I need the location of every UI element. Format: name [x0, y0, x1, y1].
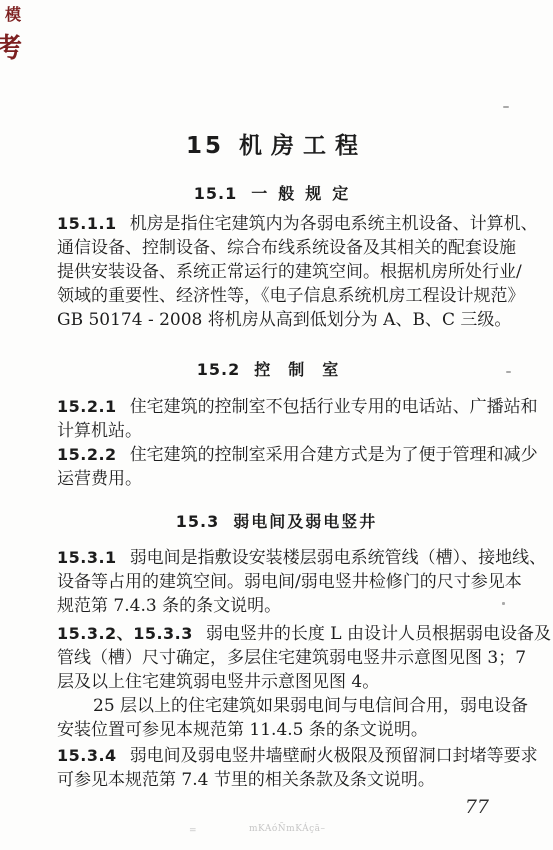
- body-line: 规范第 7.4.3 条的条文说明。: [57, 594, 507, 618]
- paragraph-15-3-4: 15.3.4弱电间及弱电竖井墙壁耐火极限及预留洞口封堵等要求 可参见本规范第 7…: [57, 744, 507, 792]
- body-text: 弱电间及弱电竖井墙壁耐火极限及预留洞口封堵等要求: [130, 746, 538, 766]
- body-line: 领域的重要性、经济性等，《电子信息系统机房工程设计规范》: [57, 284, 507, 308]
- section-heading-15-3: 15.3弱电间及弱电竖井: [0, 509, 553, 532]
- paragraph-15-3-1: 15.3.1弱电间是指敷设安装楼层弱电系统管线（槽）、接地线、 设备等占用的建筑…: [57, 546, 507, 618]
- paragraph-15-2-1: 15.2.1住宅建筑的控制室不包括行业专用的电话站、广播站和 计算机站。: [57, 395, 507, 443]
- paragraph-15-1-1: 15.1.1机房是指住宅建筑内为各弱电系统主机设备、计算机、 通信设备、控制设备…: [57, 212, 507, 332]
- chapter-number: 15: [186, 133, 224, 159]
- section-title-text: 控制室: [254, 360, 356, 379]
- body-line: 可参见本规范第 7.4 节里的相关条款及条文说明。: [57, 768, 507, 792]
- chapter-title-text: 机房工程: [239, 133, 367, 159]
- body-line: 15.3.4弱电间及弱电竖井墙壁耐火极限及预留洞口封堵等要求: [57, 744, 507, 768]
- body-line: 管线（槽）尺寸确定，多层住宅建筑弱电竖井示意图见图 3；7: [57, 646, 507, 670]
- body-line: 安装位置可参见本规范第 11.4.5 条的条文说明。: [57, 718, 507, 742]
- section-number: 15.2: [197, 360, 240, 379]
- clause-label: 15.2.1: [57, 397, 117, 416]
- body-line: 层及以上住宅建筑弱电竖井示意图见图 4。: [57, 670, 507, 694]
- body-line: 25 层以上的住宅建筑如果弱电间与电信间合用，弱电设备: [57, 694, 507, 718]
- clause-label: 15.3.2、15.3.3: [57, 624, 193, 643]
- body-line: 15.3.2、15.3.3弱电竖井的长度 L 由设计人员根据弱电设备及: [57, 622, 507, 646]
- clause-label: 15.3.1: [57, 548, 117, 567]
- body-line: 提供安装设备、系统正常运行的建筑空间。根据机房所处行业/: [57, 260, 507, 284]
- body-text: 弱电竖井的长度 L 由设计人员根据弱电设备及: [206, 624, 551, 644]
- body-line: 运营费用。: [57, 467, 507, 491]
- body-line: 15.3.1弱电间是指敷设安装楼层弱电系统管线（槽）、接地线、: [57, 546, 507, 570]
- stamp-mark-bottom: 考: [0, 26, 22, 65]
- section-number: 15.3: [176, 512, 219, 531]
- body-line: 15.2.1住宅建筑的控制室不包括行业专用的电话站、广播站和: [57, 395, 507, 419]
- section-heading-15-1: 15.1一般规定: [0, 181, 553, 204]
- body-text: 住宅建筑的控制室采用合建方式是为了便于管理和减少: [130, 445, 538, 465]
- section-heading-15-2: 15.2控制室: [0, 357, 553, 380]
- body-line: 15.1.1机房是指住宅建筑内为各弱电系统主机设备、计算机、: [57, 212, 507, 236]
- body-text: 弱电间是指敷设安装楼层弱电系统管线（槽）、接地线、: [130, 548, 547, 568]
- watermark-dash: =: [189, 826, 197, 836]
- body-line: 计算机站。: [57, 419, 507, 443]
- section-number: 15.1: [194, 184, 237, 203]
- watermark-text: mKAóÑmKÁçā–: [249, 824, 326, 834]
- chapter-title: 15机房工程: [0, 127, 553, 160]
- body-line: 设备等占用的建筑空间。弱电间/弱电竖井检修门的尺寸参见本: [57, 570, 507, 594]
- stamp-mark-top: 模: [5, 2, 21, 25]
- section-title-text: 一般规定: [251, 184, 359, 203]
- paragraph-15-3-2-3: 15.3.2、15.3.3弱电竖井的长度 L 由设计人员根据弱电设备及 管线（槽…: [57, 622, 507, 694]
- body-line: 15.2.2住宅建筑的控制室采用合建方式是为了便于管理和减少: [57, 443, 507, 467]
- body-line: GB 50174 - 2008 将机房从高到低划分为 A、B、C 三级。: [57, 308, 507, 332]
- paragraph-25-floors-note: 25 层以上的住宅建筑如果弱电间与电信间合用，弱电设备 安装位置可参见本规范第 …: [57, 694, 507, 742]
- clause-label: 15.1.1: [57, 214, 117, 233]
- clause-label: 15.3.4: [57, 746, 117, 765]
- body-text: 住宅建筑的控制室不包括行业专用的电话站、广播站和: [130, 397, 538, 417]
- section-title-text: 弱电间及弱电竖井: [233, 512, 377, 531]
- body-line: 通信设备、控制设备、综合布线系统设备及其相关的配套设施: [57, 236, 507, 260]
- document-page: 模 考 15机房工程 15.1一般规定 15.1.1机房是指住宅建筑内为各弱电系…: [0, 0, 553, 850]
- page-number: 77: [465, 796, 489, 818]
- paragraph-15-2-2: 15.2.2住宅建筑的控制室采用合建方式是为了便于管理和减少 运营费用。: [57, 443, 507, 491]
- body-text: 机房是指住宅建筑内为各弱电系统主机设备、计算机、: [130, 214, 538, 234]
- clause-label: 15.2.2: [57, 445, 117, 464]
- scan-speck: [503, 106, 509, 108]
